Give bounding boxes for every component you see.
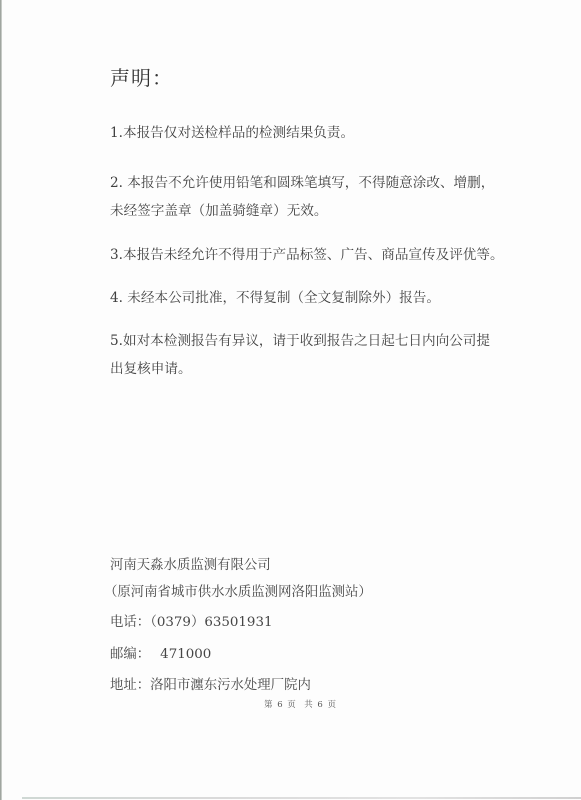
scanned-document-page: 声明： 1.本报告仅对送检样品的检测结果负责。 2. 本报告不允许使用铅笔和圆珠… [0, 0, 581, 800]
scan-left-edge [0, 0, 2, 800]
phone-value: （0379）63501931 [150, 615, 272, 630]
statement-1-line-1: 1.本报告仅对送检样品的检测结果负责。 [110, 124, 354, 142]
address-value: 洛阳市瀍东污水处理厂院内 [150, 678, 311, 693]
postcode-label: 邮编： [110, 647, 150, 662]
company-name: 河南天淼水质监测有限公司 [110, 557, 271, 575]
statement-3-line-1: 3.本报告未经允许不得用于产品标签、广告、商品宣传及评优等。 [110, 246, 504, 264]
statement-5-line-2: 出复核申请。 [110, 360, 192, 378]
statement-5-line-1: 5.如对本检测报告有异议，请于收到报告之日起七日内向公司提 [110, 332, 490, 350]
company-former-name: （原河南省城市供水水质监测网洛阳监测站） [104, 584, 372, 602]
phone-label: 电话： [110, 615, 150, 630]
company-postcode: 邮编：471000 [110, 646, 211, 664]
page-title: 声明： [110, 62, 173, 91]
statement-4-line-1: 4. 未经本公司批准，不得复制（全文复制除外）报告。 [110, 289, 440, 307]
statement-2-line-2: 未经签字盖章（加盖骑缝章）无效。 [110, 202, 328, 220]
page-number: 第 6 页 共 6 页 [264, 698, 337, 710]
company-address: 地址：洛阳市瀍东污水处理厂院内 [110, 677, 311, 695]
address-label: 地址： [110, 678, 150, 693]
statement-2-line-1: 2. 本报告不允许使用铅笔和圆珠笔填写，不得随意涂改、增删， [110, 174, 494, 192]
postcode-value: 471000 [160, 647, 211, 662]
scan-bottom-edge [22, 797, 581, 799]
company-phone: 电话：（0379）63501931 [110, 614, 273, 632]
